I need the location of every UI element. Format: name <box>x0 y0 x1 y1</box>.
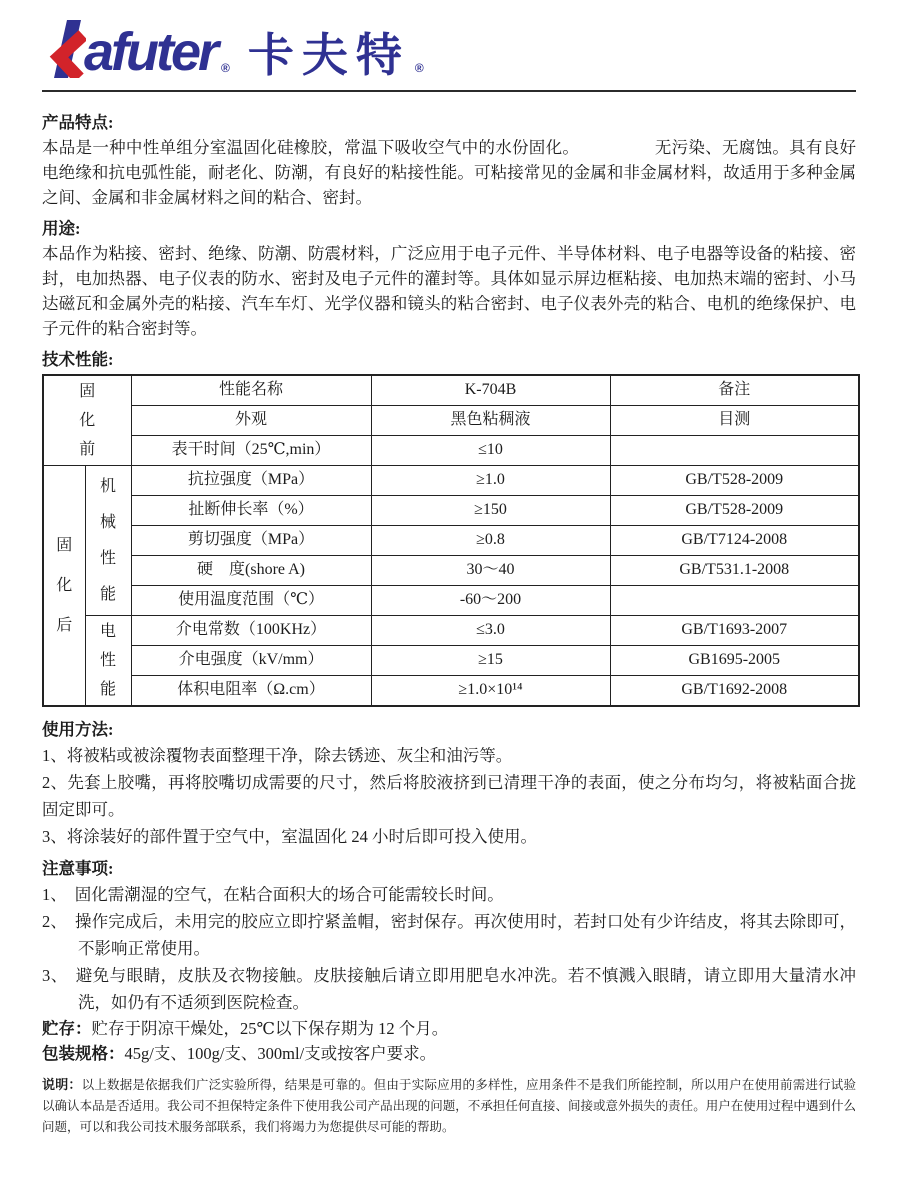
cell-remark: GB/T1693-2007 <box>610 616 859 646</box>
cell-remark: GB/T528-2009 <box>610 466 859 496</box>
group-cell-mechanical: 机械性能 <box>85 466 131 616</box>
table-row: 硬 度(shore A) 30～40 GB/T531.1-2008 <box>43 556 859 586</box>
registered-mark-icon: ® <box>221 61 230 75</box>
cell-value: ≥0.8 <box>371 526 610 556</box>
header-divider <box>42 90 856 92</box>
cell-value: ≤10 <box>371 436 610 466</box>
method-heading: 使用方法: <box>42 717 856 742</box>
cell-value: ≤3.0 <box>371 616 610 646</box>
cell-property: 外观 <box>131 406 371 436</box>
cell-property: 硬 度(shore A) <box>131 556 371 586</box>
cell-remark: GB/T7124-2008 <box>610 526 859 556</box>
packing-line: 包装规格：45g/支、100g/支、300ml/支或按客户要求。 <box>42 1041 856 1066</box>
tech-performance-table: 固化前 性能名称 K-704B 备注 外观 黑色粘稠液 目测 表干时间（25℃,… <box>42 374 860 707</box>
cell-value: ≥1.0×10¹⁴ <box>371 676 610 707</box>
packing-text: 45g/支、100g/支、300ml/支或按客户要求。 <box>125 1044 437 1063</box>
table-row: 使用温度范围（℃） -60～200 <box>43 586 859 616</box>
kafuter-k-icon <box>42 20 86 78</box>
storage-line: 贮存：贮存于阴凉干燥处，25℃以下保存期为 12 个月。 <box>42 1016 856 1041</box>
storage-text: 贮存于阴凉干燥处，25℃以下保存期为 12 个月。 <box>92 1019 449 1038</box>
storage-label: 贮存： <box>42 1019 92 1038</box>
tech-heading: 技术性能: <box>42 347 856 372</box>
note-item: 3、避免与眼睛，皮肤及衣物接触。皮肤接触后请立即用肥皂水冲洗。若不慎溅入眼睛，请… <box>42 962 856 1016</box>
brand-latin-text: afuter <box>84 27 216 78</box>
table-row: 扯断伸长率（%） ≥150 GB/T528-2009 <box>43 496 859 526</box>
group-cell-cure-before: 固化前 <box>43 375 131 466</box>
note-text: 避免与眼睛，皮肤及衣物接触。皮肤接触后请立即用肥皂水冲洗。若不慎溅入眼睛，请立即… <box>76 966 856 1012</box>
note-text: 固化需潮湿的空气，在粘合面积大的场合可能需较长时间。 <box>75 885 504 904</box>
note-item: 1、固化需潮湿的空气，在粘合面积大的场合可能需较长时间。 <box>42 881 856 908</box>
packing-label: 包装规格： <box>42 1044 125 1063</box>
table-row: 体积电阻率（Ω.cm） ≥1.0×10¹⁴ GB/T1692-2008 <box>43 676 859 707</box>
features-heading: 产品特点: <box>42 110 856 135</box>
features-paragraph: 本品是一种中性单组分室温固化硅橡胶，常温下吸收空气中的水份固化。 无污染、无腐蚀… <box>42 135 856 210</box>
table-row: 固化后 机械性能 抗拉强度（MPa） ≥1.0 GB/T528-2009 <box>43 466 859 496</box>
cell-remark <box>610 586 859 616</box>
cell-property: 抗拉强度（MPa） <box>131 466 371 496</box>
method-item: 2、先套上胶嘴，再将胶嘴切成需要的尺寸，然后将胶液挤到已清理干净的表面，使之分布… <box>42 769 856 823</box>
cell-remark <box>610 436 859 466</box>
cell-property: 扯断伸长率（%） <box>131 496 371 526</box>
note-number: 3、 <box>42 966 76 985</box>
cell-value: -60～200 <box>371 586 610 616</box>
cell-property: 使用温度范围（℃） <box>131 586 371 616</box>
group-cell-electrical: 电性能 <box>85 616 131 707</box>
cell-property: 体积电阻率（Ω.cm） <box>131 676 371 707</box>
cell-value: 30～40 <box>371 556 610 586</box>
table-row: 固化前 性能名称 K-704B 备注 <box>43 375 859 406</box>
cell-value: ≥1.0 <box>371 466 610 496</box>
table-row: 剪切强度（MPa） ≥0.8 GB/T7124-2008 <box>43 526 859 556</box>
cell-remark: GB1695-2005 <box>610 646 859 676</box>
usage-paragraph: 本品作为粘接、密封、绝缘、防潮、防震材料，广泛应用于电子元件、半导体材料、电子电… <box>42 241 856 341</box>
cell-value: ≥15 <box>371 646 610 676</box>
cell-property: 剪切强度（MPa） <box>131 526 371 556</box>
cell-remark: GB/T528-2009 <box>610 496 859 526</box>
method-item: 1、将被粘或被涂覆物表面整理干净，除去锈迹、灰尘和油污等。 <box>42 742 856 769</box>
note-number: 1、 <box>42 885 75 904</box>
cell-property: 介电常数（100KHz） <box>131 616 371 646</box>
note-item: 2、操作完成后，未用完的胶应立即拧紧盖帽，密封保存。再次使用时，若封口处有少许结… <box>42 908 856 962</box>
table-row: 外观 黑色粘稠液 目测 <box>43 406 859 436</box>
table-row: 电性能 介电常数（100KHz） ≤3.0 GB/T1693-2007 <box>43 616 859 646</box>
cell-remark: 目测 <box>610 406 859 436</box>
cell-value: ≥150 <box>371 496 610 526</box>
table-row: 表干时间（25℃,min） ≤10 <box>43 436 859 466</box>
disclaimer-label: 说明： <box>42 1077 82 1092</box>
datasheet-page: afuter ® 卡夫特 ® 产品特点: 本品是一种中性单组分室温固化硅橡胶，常… <box>0 0 900 1200</box>
cell-property: 表干时间（25℃,min） <box>131 436 371 466</box>
group-cell-cure-after: 固化后 <box>43 466 85 707</box>
note-number: 2、 <box>42 912 75 931</box>
cell-value: K-704B <box>371 375 610 406</box>
usage-heading: 用途: <box>42 216 856 241</box>
cell-property: 介电强度（kV/mm） <box>131 646 371 676</box>
document-body: 产品特点: 本品是一种中性单组分室温固化硅橡胶，常温下吸收空气中的水份固化。 无… <box>0 110 900 1138</box>
notes-heading: 注意事项: <box>42 856 856 881</box>
cell-remark: GB/T531.1-2008 <box>610 556 859 586</box>
disclaimer-text: 以上数据是依据我们广泛实验所得，结果是可靠的。但由于实际应用的多样性，应用条件不… <box>42 1078 856 1134</box>
cell-value: 黑色粘稠液 <box>371 406 610 436</box>
cell-property: 性能名称 <box>131 375 371 406</box>
registered-mark-icon: ® <box>415 61 424 75</box>
table-row: 介电强度（kV/mm） ≥15 GB1695-2005 <box>43 646 859 676</box>
cell-remark: GB/T1692-2008 <box>610 676 859 707</box>
cell-remark: 备注 <box>610 375 859 406</box>
note-text: 操作完成后，未用完的胶应立即拧紧盖帽，密封保存。再次使用时，若封口处有少许结皮，… <box>75 912 856 958</box>
kafuter-logo: afuter ® 卡夫特 ® <box>0 0 900 78</box>
brand-chinese-text: 卡夫特 <box>248 32 410 78</box>
disclaimer-line: 说明：以上数据是依据我们广泛实验所得，结果是可靠的。但由于实际应用的多样性，应用… <box>42 1074 856 1138</box>
method-item: 3、将涂装好的部件置于空气中，室温固化 24 小时后即可投入使用。 <box>42 823 856 850</box>
